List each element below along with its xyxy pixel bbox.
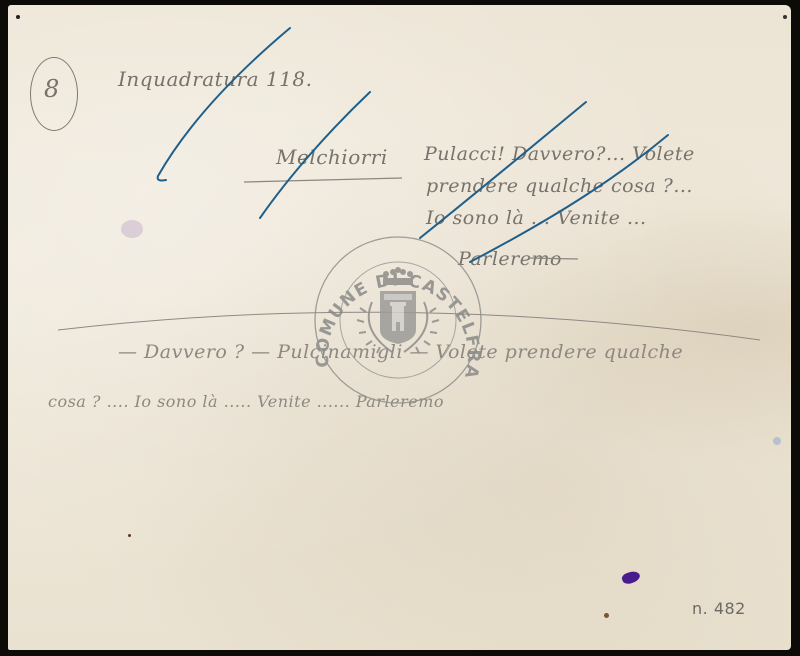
crayon-stroke-3 (420, 102, 586, 238)
parleremo-underline (528, 258, 578, 259)
name-underline (244, 178, 402, 182)
annotation-overlay: COMUNE DI CASTELFRANCO EMILIA (0, 0, 800, 656)
crayon-stroke-1 (158, 28, 290, 181)
municipal-stamp: COMUNE DI CASTELFRANCO EMILIA (0, 0, 483, 403)
crayon-stroke-2 (260, 92, 370, 218)
blue-crayon-strokes (158, 28, 668, 262)
tower-icon (390, 302, 406, 331)
crayon-stroke-4 (470, 135, 668, 262)
